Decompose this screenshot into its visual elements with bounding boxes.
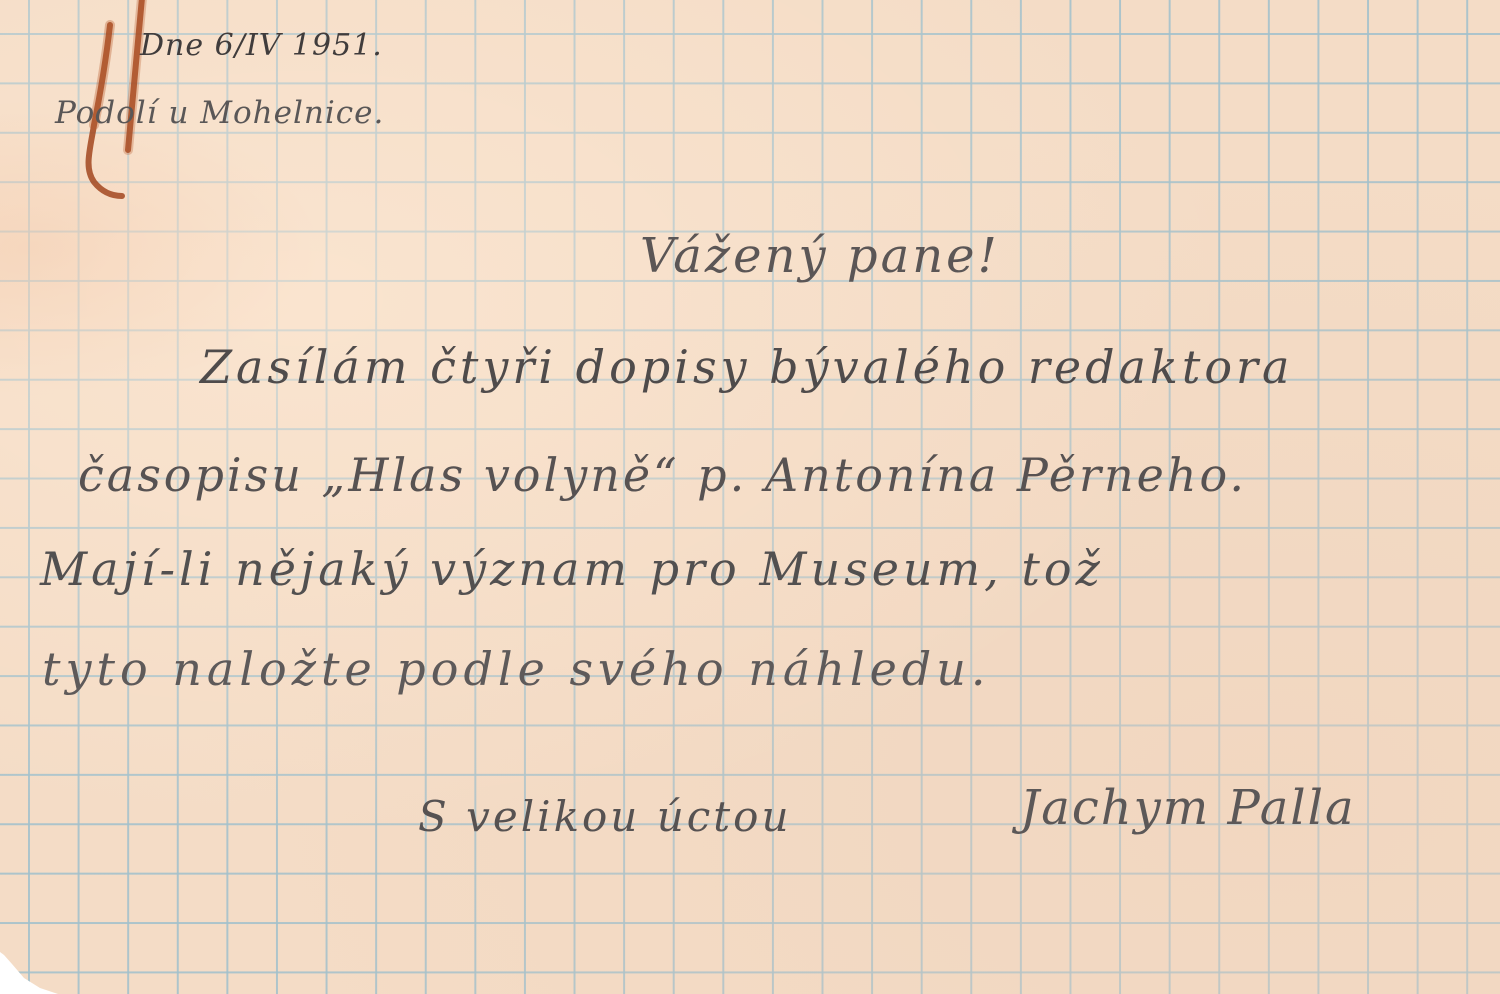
- letter-closing: S velikou úctou: [418, 792, 792, 841]
- body-line-4: tyto naložte podle svého náhledu.: [42, 642, 991, 696]
- body-line-2: časopisu „Hlas volyně“ p. Antonína Pěrne…: [78, 448, 1247, 502]
- body-line-1: Zasílám čtyři dopisy bývalého redaktora: [200, 340, 1293, 394]
- letter-signature: Jachym Palla: [1020, 780, 1356, 836]
- letter-place: Podolí u Mohelnice.: [55, 95, 384, 131]
- body-line-3: Mají-li nějaký význam pro Museum, tož: [40, 542, 1104, 596]
- letter-date: Dne 6/IV 1951.: [140, 28, 383, 63]
- letter-greeting: Vážený pane!: [640, 228, 1000, 284]
- letter-sheet: Dne 6/IV 1951. Podolí u Mohelnice. Vážen…: [0, 0, 1500, 994]
